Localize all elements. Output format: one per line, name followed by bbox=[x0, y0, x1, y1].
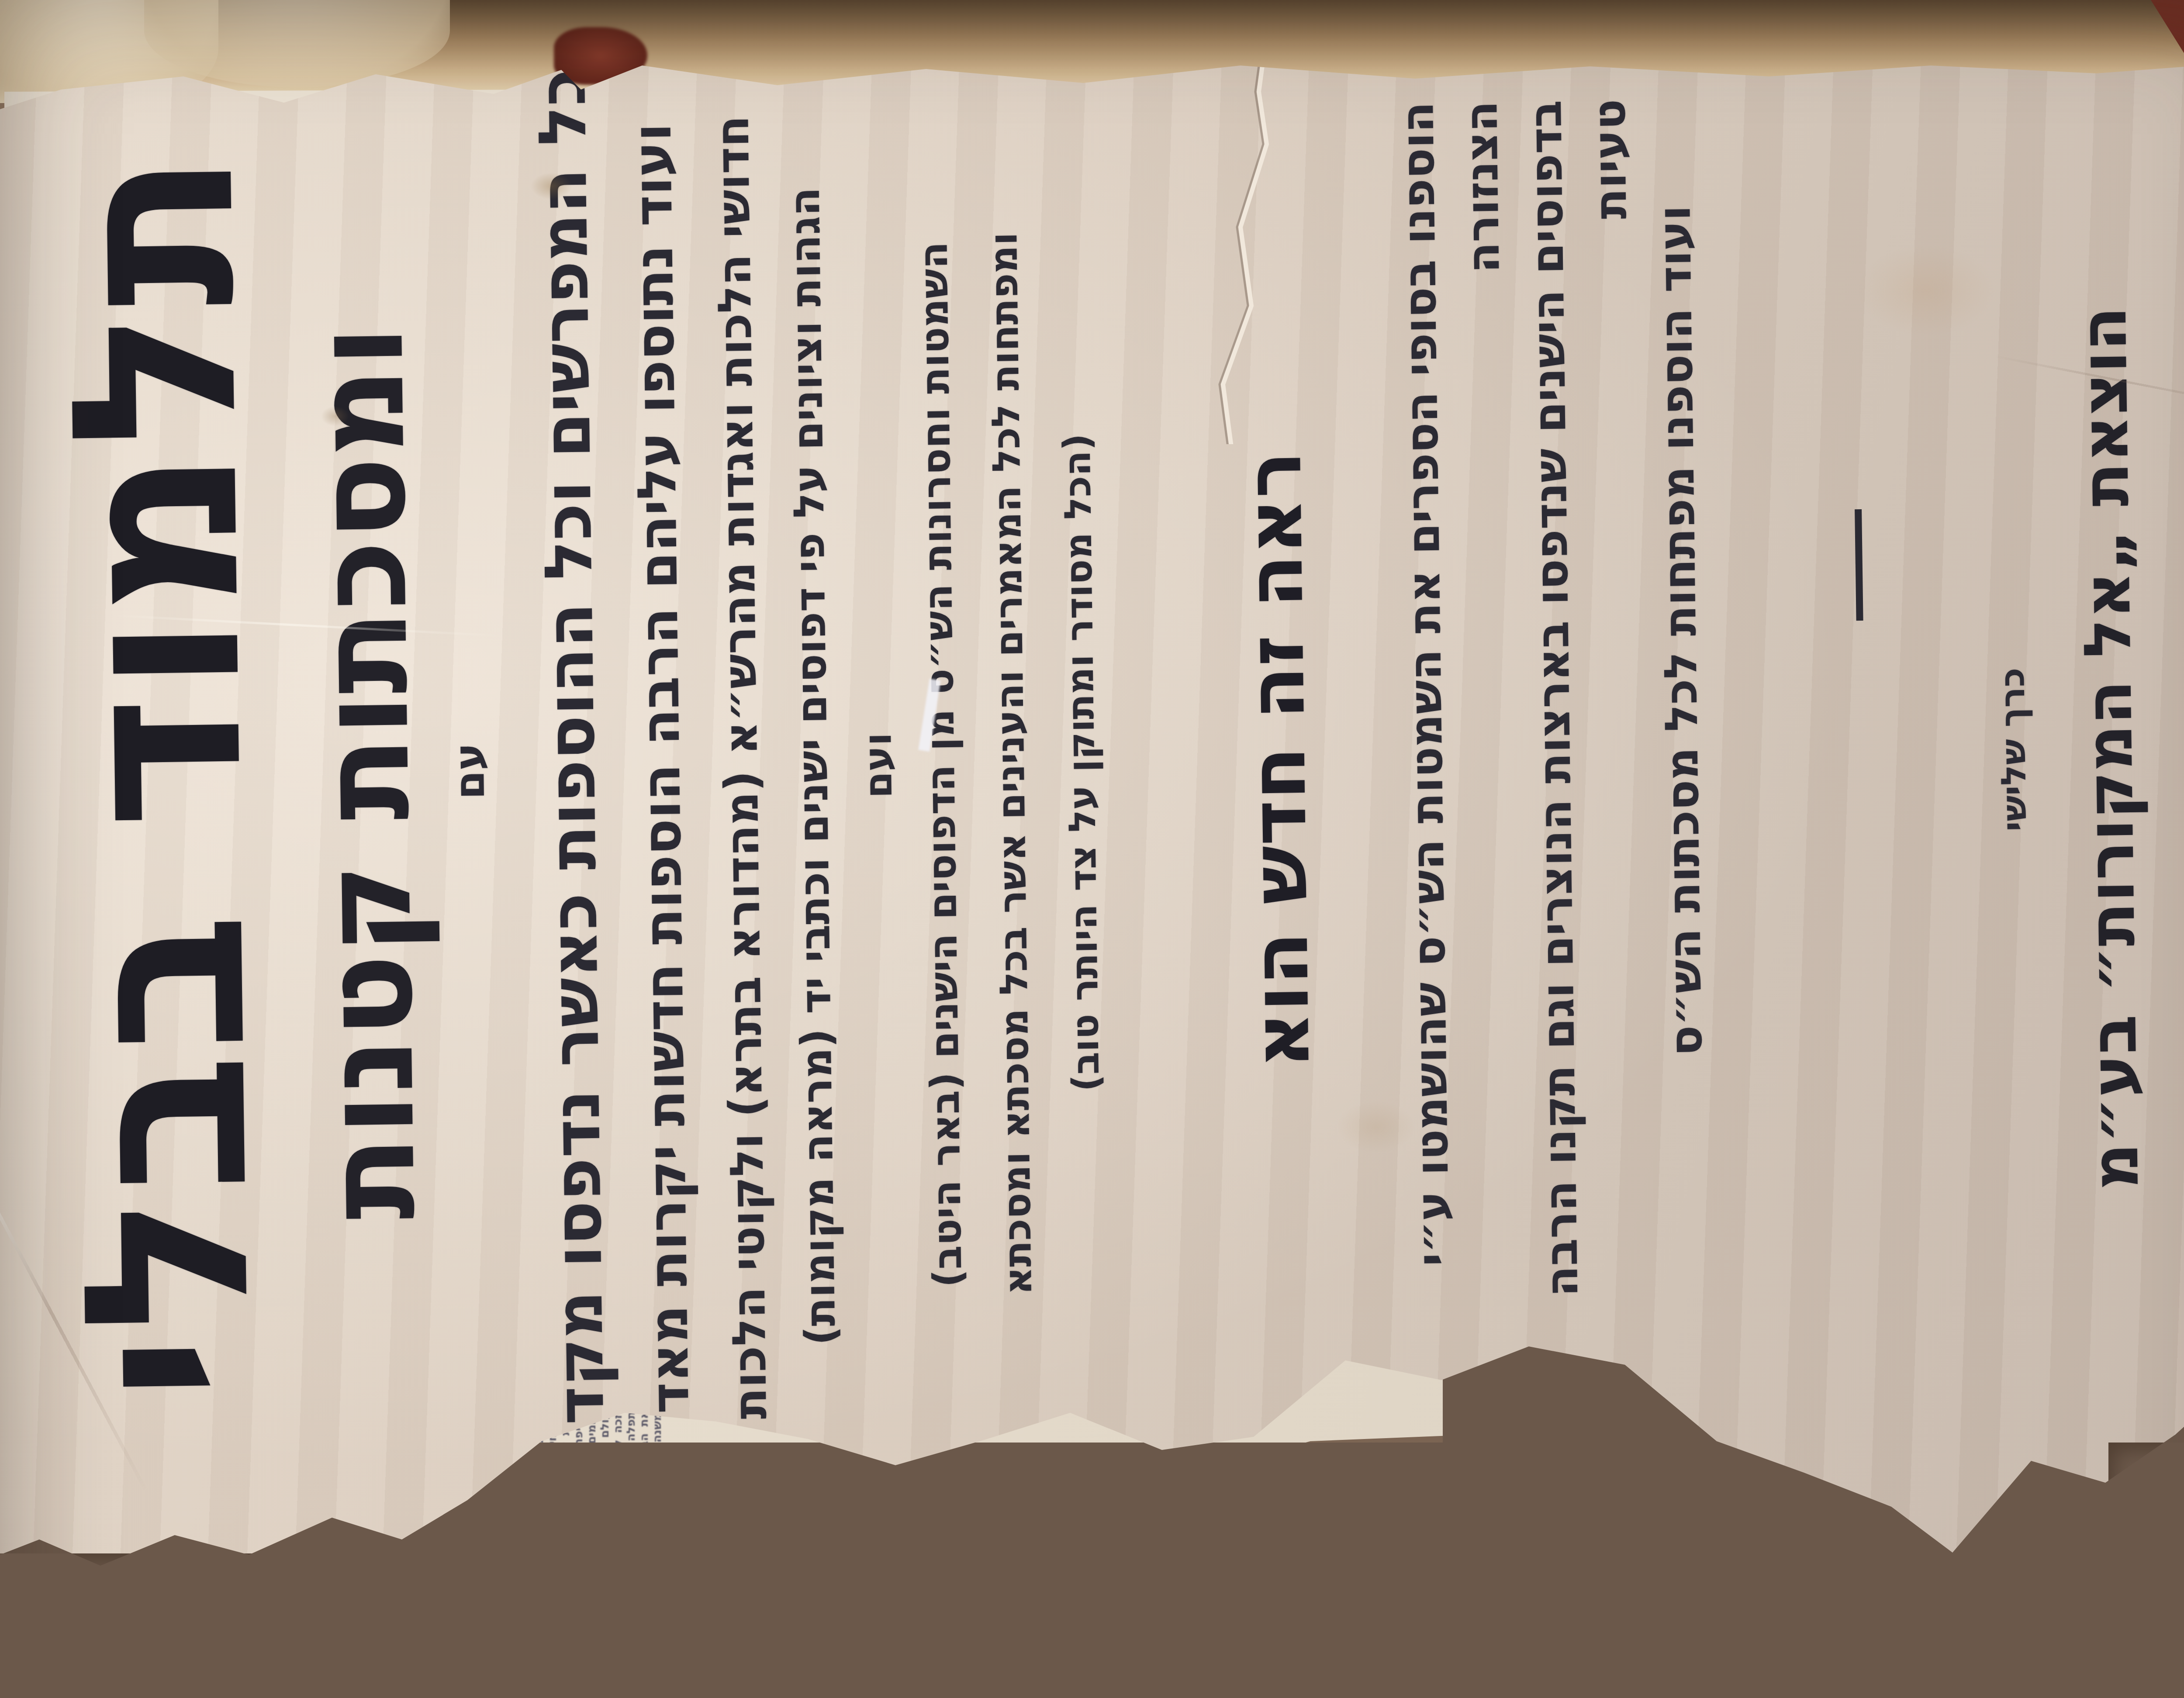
photo-of-talmud-title-page: ברוך למברך רבי שמעותי בת לזוג אלתה (הגדו… bbox=[0, 0, 2184, 1698]
